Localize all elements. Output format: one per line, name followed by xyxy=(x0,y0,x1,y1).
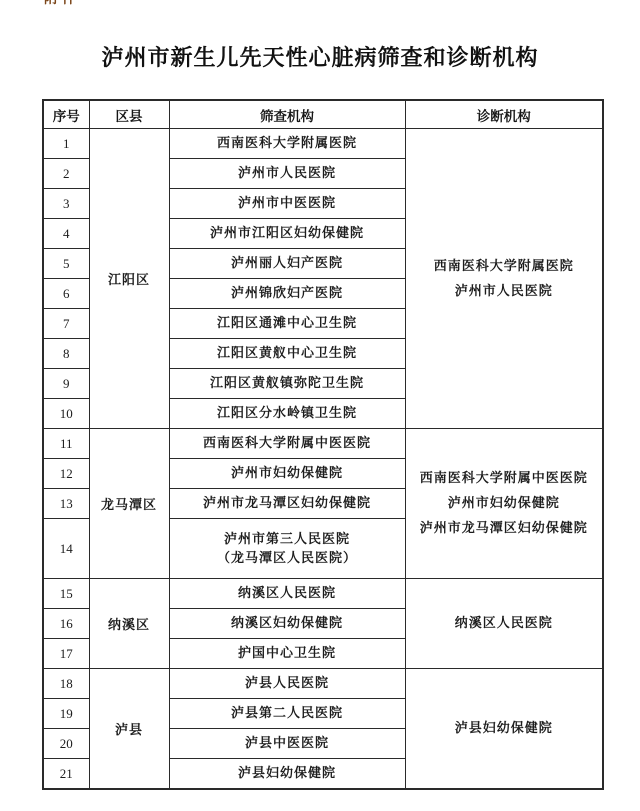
screening-cell: 纳溪区人民医院 xyxy=(169,579,405,609)
serial-cell: 10 xyxy=(43,399,89,429)
header-diagnosis-org: 诊断机构 xyxy=(405,100,603,129)
serial-cell: 8 xyxy=(43,339,89,369)
screening-cell: 泸州锦欣妇产医院 xyxy=(169,279,405,309)
screening-cell: 西南医科大学附属中医医院 xyxy=(169,429,405,459)
attachment-label-text: 附件 xyxy=(44,0,96,5)
serial-cell: 13 xyxy=(43,489,89,519)
screening-cell: 泸州市第三人民医院 （龙马潭区人民医院） xyxy=(169,519,405,579)
screening-cell: 纳溪区妇幼保健院 xyxy=(169,609,405,639)
screening-cell: 江阳区分水岭镇卫生院 xyxy=(169,399,405,429)
district-cell: 龙马潭区 xyxy=(89,429,169,579)
serial-cell: 2 xyxy=(43,159,89,189)
table-row: 15 纳溪区 纳溪区人民医院 纳溪区人民医院 xyxy=(43,579,603,609)
serial-cell: 4 xyxy=(43,219,89,249)
screening-cell: 江阳区通滩中心卫生院 xyxy=(169,309,405,339)
attachment-label-fragment: 附件 xyxy=(44,0,96,5)
table-row: 1 江阳区 西南医科大学附属医院 西南医科大学附属医院 泸州市人民医院 xyxy=(43,129,603,159)
serial-cell: 20 xyxy=(43,729,89,759)
table-row: 11 龙马潭区 西南医科大学附属中医医院 西南医科大学附属中医医院 泸州市妇幼保… xyxy=(43,429,603,459)
district-cell: 江阳区 xyxy=(89,129,169,429)
header-serial: 序号 xyxy=(43,100,89,129)
page-title: 泸州市新生儿先天性心脏病筛查和诊断机构 xyxy=(0,41,640,72)
serial-cell: 7 xyxy=(43,309,89,339)
screening-cell: 泸州市中医医院 xyxy=(169,189,405,219)
diagnosis-cell: 纳溪区人民医院 xyxy=(405,579,603,669)
serial-cell: 16 xyxy=(43,609,89,639)
screening-diagnosis-table: 序号 区县 筛查机构 诊断机构 1 江阳区 西南医科大学附属医院 西南医科大学附… xyxy=(42,99,604,790)
screening-cell: 泸州市龙马潭区妇幼保健院 xyxy=(169,489,405,519)
serial-cell: 11 xyxy=(43,429,89,459)
serial-cell: 21 xyxy=(43,759,89,790)
serial-cell: 5 xyxy=(43,249,89,279)
screening-cell: 泸州市人民医院 xyxy=(169,159,405,189)
screening-cell: 泸县妇幼保健院 xyxy=(169,759,405,790)
screening-cell: 泸县中医医院 xyxy=(169,729,405,759)
serial-cell: 12 xyxy=(43,459,89,489)
table-header-row: 序号 区县 筛查机构 诊断机构 xyxy=(43,100,603,129)
header-district: 区县 xyxy=(89,100,169,129)
serial-cell: 6 xyxy=(43,279,89,309)
serial-cell: 3 xyxy=(43,189,89,219)
screening-cell: 江阳区黄舣镇弥陀卫生院 xyxy=(169,369,405,399)
screening-cell: 泸州市江阳区妇幼保健院 xyxy=(169,219,405,249)
serial-cell: 14 xyxy=(43,519,89,579)
diagnosis-cell: 泸县妇幼保健院 xyxy=(405,669,603,790)
serial-cell: 15 xyxy=(43,579,89,609)
diagnosis-cell: 西南医科大学附属中医医院 泸州市妇幼保健院 泸州市龙马潭区妇幼保健院 xyxy=(405,429,603,579)
header-screening-org: 筛查机构 xyxy=(169,100,405,129)
screening-cell: 泸县人民医院 xyxy=(169,669,405,699)
district-cell: 泸县 xyxy=(89,669,169,790)
screening-cell: 护国中心卫生院 xyxy=(169,639,405,669)
screening-cell: 西南医科大学附属医院 xyxy=(169,129,405,159)
serial-cell: 1 xyxy=(43,129,89,159)
serial-cell: 18 xyxy=(43,669,89,699)
table-row: 18 泸县 泸县人民医院 泸县妇幼保健院 xyxy=(43,669,603,699)
screening-cell: 泸州丽人妇产医院 xyxy=(169,249,405,279)
screening-cell: 泸县第二人民医院 xyxy=(169,699,405,729)
diagnosis-cell: 西南医科大学附属医院 泸州市人民医院 xyxy=(405,129,603,429)
serial-cell: 9 xyxy=(43,369,89,399)
serial-cell: 19 xyxy=(43,699,89,729)
serial-cell: 17 xyxy=(43,639,89,669)
screening-cell: 泸州市妇幼保健院 xyxy=(169,459,405,489)
screening-cell: 江阳区黄舣中心卫生院 xyxy=(169,339,405,369)
district-cell: 纳溪区 xyxy=(89,579,169,669)
